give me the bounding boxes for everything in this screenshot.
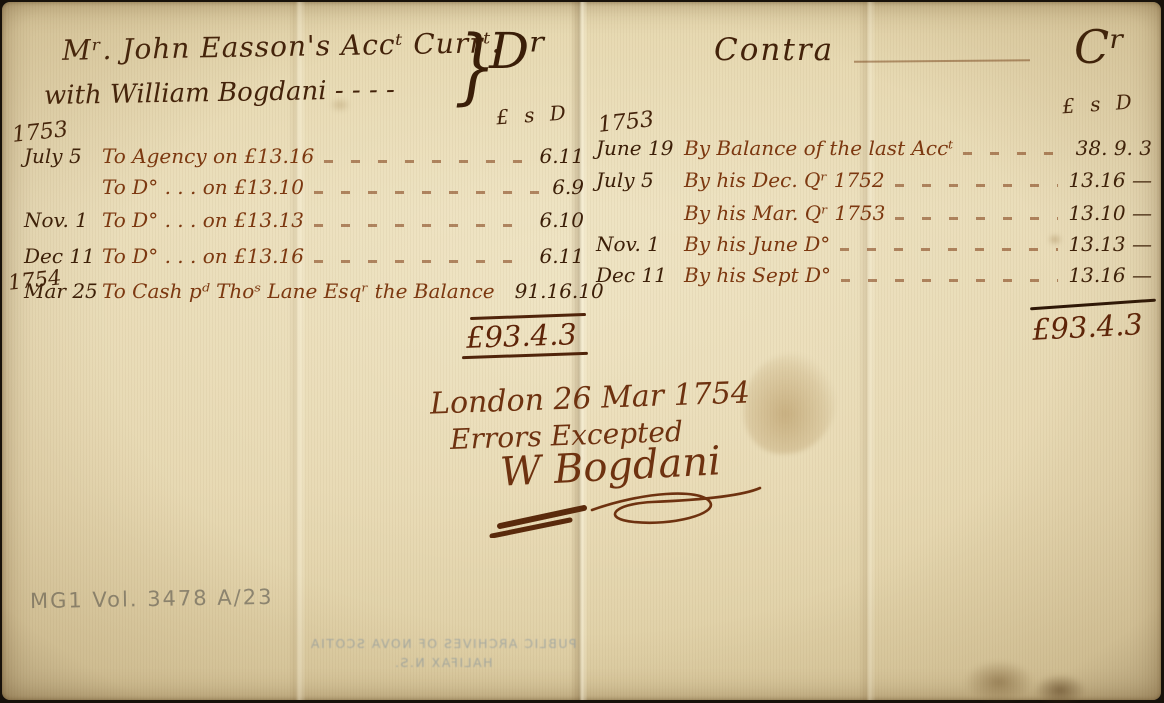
debit-entry-row: Dec 11 To D° . . . on £13.16 6.11	[24, 244, 584, 268]
account-title-line2: with William Bogdani - - - -	[44, 75, 395, 111]
dash-leader	[895, 184, 1059, 187]
stamp-line1: PUBLIC ARCHIVES OF NOVA SCOTIA	[288, 635, 598, 654]
entry-description: By his Mar. Qʳ 1753	[684, 201, 885, 225]
credit-title: Contra	[714, 32, 834, 68]
dash-leader	[314, 191, 542, 194]
credit-entry-row: Nov. 1 By his June D° 13.13 —	[596, 232, 1152, 256]
dash-leader	[895, 217, 1058, 220]
entry-date: July 5	[24, 144, 102, 168]
entry-description: To Agency on £13.16	[102, 144, 314, 168]
credit-entry-row: Dec 11 By his Sept D° 13.16 —	[596, 263, 1152, 287]
entry-amount: 13.13 —	[1068, 232, 1152, 256]
entry-date: June 19	[596, 136, 684, 160]
entry-description: By his Dec. Qʳ 1752	[684, 168, 885, 192]
archives-stamp-bleedthrough: PUBLIC ARCHIVES OF NOVA SCOTIA HALIFAX N…	[288, 635, 598, 673]
entry-amount: 13.10 —	[1068, 201, 1152, 225]
fold-crease-right	[858, 2, 876, 700]
entry-description: To D° . . . on £13.16	[102, 244, 304, 268]
entry-description: To D° . . . on £13.10	[102, 175, 304, 199]
closing-place-date: London 26 Mar 1754	[429, 375, 750, 421]
dash-leader	[840, 248, 1058, 251]
scan-background: Mʳ. John Easson's Accᵗ Currᵗ. with Willi…	[0, 0, 1164, 703]
credit-entry-row: June 19 By Balance of the last Accᵗ 38. …	[596, 136, 1152, 160]
entry-amount: 13.16 —	[1068, 168, 1152, 192]
debit-total: £93.4.3	[465, 317, 577, 355]
credit-currency-header: £ s D	[1061, 90, 1132, 119]
entry-date: July 5	[596, 168, 684, 192]
corner-stain	[964, 660, 1034, 703]
dash-leader	[324, 160, 529, 163]
signature-flourish	[442, 474, 762, 538]
dash-leader	[841, 279, 1058, 282]
credit-entry-row: July 5 By his Dec. Qʳ 1752 13.16 —	[596, 168, 1152, 192]
stamp-line2: HALIFAX N.S.	[288, 654, 598, 673]
entry-date: Nov. 1	[24, 208, 102, 232]
entry-description: By his June D°	[684, 232, 830, 256]
credit-total: £93.4.3	[1031, 307, 1143, 347]
entry-description: To Cash pᵈ Thoˢ Lane Esqʳ the Balance	[102, 279, 495, 303]
dash-leader	[963, 152, 1065, 155]
entry-amount: 38. 9. 3	[1076, 136, 1152, 160]
credit-side-label: Cʳ	[1074, 20, 1125, 74]
entry-date: Dec 11	[596, 263, 684, 287]
debit-entry-row: Nov. 1 To D° . . . on £13.13 6.10	[24, 208, 584, 232]
corner-stain	[1034, 674, 1086, 703]
entry-amount: 6.11	[539, 244, 584, 268]
entry-description: To D° . . . on £13.13	[102, 208, 304, 232]
dash-leader	[314, 260, 529, 263]
debit-side-label: Dʳ	[489, 22, 546, 80]
debit-entry-row: Mar 25 To Cash pᵈ Thoˢ Lane Esqʳ the Bal…	[24, 279, 584, 303]
debit-entry-row: To D° . . . on £13.10 6.9	[24, 175, 584, 199]
debit-currency-header: £ s D	[495, 101, 566, 130]
entry-amount: 6.11	[539, 144, 584, 168]
dash-leader	[314, 224, 529, 227]
debit-entry-row: July 5 To Agency on £13.16 6.11	[24, 144, 584, 168]
entry-amount: 6.10	[539, 208, 584, 232]
entry-date: Mar 25	[24, 279, 102, 303]
entry-amount: 6.9	[552, 175, 584, 199]
entry-date: Nov. 1	[596, 232, 684, 256]
entry-description: By his Sept D°	[684, 263, 831, 287]
entry-date: Dec 11	[24, 244, 102, 268]
entry-amount: 91.16.10	[515, 279, 604, 303]
account-title-line1: Mʳ. John Easson's Accᵗ Currᵗ.	[62, 26, 502, 67]
contra-dash-line	[854, 59, 1030, 63]
credit-entry-row: By his Mar. Qʳ 1753 13.10 —	[596, 201, 1152, 225]
credit-year-1753: 1753	[597, 107, 655, 138]
ledger-document: Mʳ. John Easson's Accᵗ Currᵗ. with Willi…	[2, 2, 1161, 700]
entry-amount: 13.16 —	[1068, 263, 1152, 287]
archive-reference-mark: MG1 Vol. 3478 A/23	[30, 585, 274, 613]
entry-description: By Balance of the last Accᵗ	[684, 136, 953, 160]
ink-stain	[744, 354, 836, 454]
